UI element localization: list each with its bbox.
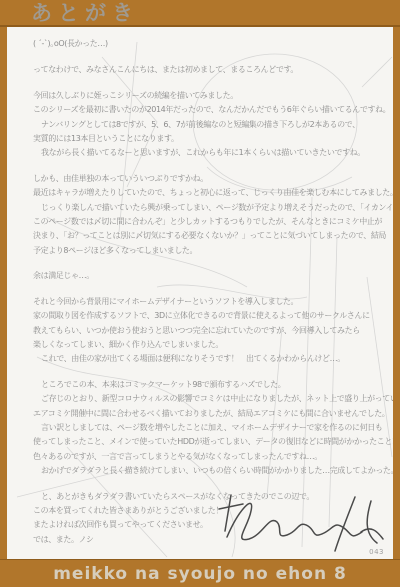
afterword-line: それと今回から背景用にマイホームデザイナーというソフトを導入しました。 bbox=[33, 295, 383, 309]
afterword-line: 楽しくなってしまい、細かく作り込んでしまいました。 bbox=[33, 338, 383, 352]
paragraph-series-history: 今回は久しぶりに姪っこシリーズの続編を描いてみました。 このシリーズを最初に書い… bbox=[33, 89, 383, 161]
afterword-line: ご存じのとおり、新型コロナウィルスの影響でコミケは中止になりましたが、ネット上で… bbox=[33, 392, 383, 406]
emoticon-line: ( ´-`)｡oO(長かった…) bbox=[33, 37, 383, 51]
afterword-line: 色々あるのですが、一言で言ってしまうとやる気がなくなってしまったんですね…。 bbox=[33, 450, 383, 464]
page-frame: あとがき ( ´-`)｡oO(長かった…) ってなわけで、みなさんこんにちは、ま… bbox=[0, 0, 400, 587]
author-signature bbox=[215, 485, 387, 557]
afterword-line: 教えてもらい、いつか使おう使おうと思いつつ完全に忘れていたのですが、今回導入して… bbox=[33, 324, 383, 338]
afterword-line: ナンバリングとしては8ですが、5、6、7が前後編なのと短編集の描き下ろしが2本あ… bbox=[33, 118, 383, 132]
afterword-line: 我ながら長く描いてるなーと思いますが、これからも年に1本くらいは描いていきたいで… bbox=[33, 146, 383, 160]
afterword-line: おかげでダラダラと長く描き続けてしまい、いつもの倍くらい時間がかかりました…完成… bbox=[33, 464, 383, 478]
afterword-line: エアコミケ開催中に間に合わせるべく描いておりましたが、結局エアコミケにも間に合い… bbox=[33, 407, 383, 421]
afterword-line: 予定より8ページほど多くなってしまいました。 bbox=[33, 244, 383, 258]
paragraph-software: それと今回から背景用にマイホームデザイナーというソフトを導入しました。 家の間取… bbox=[33, 295, 383, 367]
afterword-line: このページ数では〆切に間に合わんぞ」と少しカットするつもりでしたが、そんなときに… bbox=[33, 215, 383, 229]
footer-bar: meikko na syoujo no ehon 8 bbox=[0, 559, 400, 587]
afterword-line: 家の間取り図を作成するソフトで、3Dに立体化できるので背景に使えるよって他のサー… bbox=[33, 309, 383, 323]
afterword-line: 余は満足じゃ…。 bbox=[33, 269, 383, 283]
page-number: 043 bbox=[369, 548, 384, 556]
paragraph-greeting: ってなわけで、みなさんこんにちは、または初めまして、まるころんどです。 bbox=[33, 63, 383, 77]
paragraph-page-count: しかも、由佳単独の本っていういつぶりですかね。 最近はキャラが増えたりしていたの… bbox=[33, 172, 383, 258]
paragraph-satisfied: 余は満足じゃ…。 bbox=[33, 269, 383, 283]
page-title: あとがき bbox=[0, 0, 400, 25]
paragraph-comiket: ところでこの本、本来はコミックマーケット98で頒布するハズでした。 ご存じのとお… bbox=[33, 378, 383, 479]
title-bar: あとがき bbox=[0, 0, 400, 27]
afterword-line: じっくり楽しんで描いていたら興が乗ってしまい、ページ数が予定より増えそうだったの… bbox=[33, 201, 383, 215]
afterword-line: 最近はキャラが増えたりしていたので、ちょっと初心に返って、じっくり由佳を楽しむ本… bbox=[33, 186, 383, 200]
afterword-line: このシリーズを最初に書いたのが2014年だったので、なんだかんだでもう6年ぐらい… bbox=[33, 103, 383, 117]
afterword-page: ( ´-`)｡oO(長かった…) ってなわけで、みなさんこんにちは、または初めま… bbox=[7, 27, 393, 560]
afterword-line: 言い訳としましては、ページ数を増やしたことに加え、マイホームデザイナーで家を作る… bbox=[33, 421, 383, 435]
afterword-line: 決まり、「お？ってことは別に〆切気にする必要なくないか？」ってことに気づいてしま… bbox=[33, 229, 383, 243]
afterword-line: 実質的には13本目ということになります。 bbox=[33, 132, 383, 146]
afterword-line: 使ってしまったこと、メインで使っていたHDDが逝ってしまい、データの復旧などに時… bbox=[33, 435, 383, 449]
afterword-line: ってなわけで、みなさんこんにちは、または初めまして、まるころんどです。 bbox=[33, 63, 383, 77]
afterword-line: 今回は久しぶりに姪っこシリーズの続編を描いてみました。 bbox=[33, 89, 383, 103]
afterword-line: これで、由佳の家が出てくる場面は便利になりそうです！ 出てくるかわからんけど…。 bbox=[33, 352, 383, 366]
afterword-text: ( ´-`)｡oO(長かった…) ってなわけで、みなさんこんにちは、または初めま… bbox=[33, 37, 383, 558]
afterword-line: しかも、由佳単独の本っていういつぶりですかね。 bbox=[33, 172, 383, 186]
afterword-line: ところでこの本、本来はコミックマーケット98で頒布するハズでした。 bbox=[33, 378, 383, 392]
series-title: meikko na syoujo no ehon 8 bbox=[53, 564, 347, 584]
